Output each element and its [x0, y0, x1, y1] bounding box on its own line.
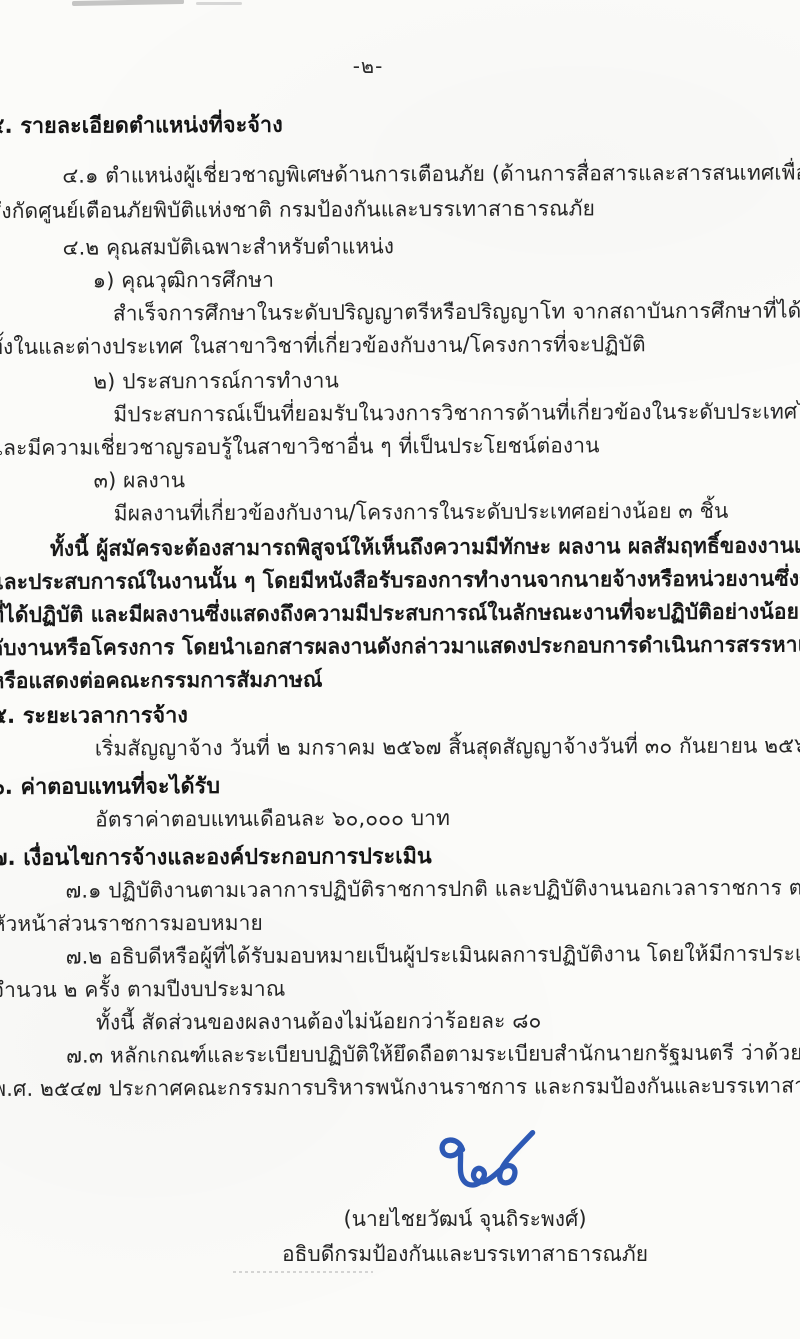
signer-name: (นายไชยวัฒน์ จุนถิระพงศ์) [250, 1203, 680, 1236]
item-7-3-continuation: พ.ศ. ๒๕๔๗ ประกาศคณะกรรมการบริหารพนักงานร… [0, 1069, 800, 1106]
item-7-1-line: ๗.๑ ปฏิบัติงานตามเวลาการปฏิบัติราชการปกต… [0, 871, 800, 908]
document-body: ๔. รายละเอียดตำแหน่งที่จะจ้าง ๔.๑ ตำแหน่… [0, 106, 800, 1106]
item-7-2-note: ทั้งนี้ สัดส่วนของผลงานต้องไม่น้อยกว่าร้… [0, 1003, 800, 1040]
page-number: -๒- [336, 50, 400, 82]
section-4-heading: ๔. รายละเอียดตำแหน่งที่จะจ้าง [0, 106, 800, 143]
signer-title: อธิบดีกรมป้องกันและบรรเทาสาธารณภัย [250, 1238, 680, 1271]
scan-smudge [72, 0, 184, 6]
note-paragraph-line-2: และประสบการณ์ในงานนั้น ๆ โดยมีหนังสือรับ… [0, 562, 800, 599]
signature-icon [430, 1122, 580, 1207]
item-7-1-continuation: หัวหน้าส่วนราชการมอบหมาย [0, 904, 800, 941]
section-6-body: อัตราค่าตอบแทนเดือนละ ๖๐,๐๐๐ บาท [0, 800, 800, 837]
scan-artifact-dots [233, 1271, 373, 1273]
subitem-2-continuation: และมีความเชี่ยวชาญรอบรู้ในสาขาวิชาอื่น ๆ… [0, 428, 800, 465]
subitem-2-heading: ๒) ประสบการณ์การทำงาน [0, 362, 800, 399]
section-5-body: เริ่มสัญญาจ้าง วันที่ ๒ มกราคม ๒๕๖๗ สิ้น… [0, 729, 800, 766]
item-4-1-line: ๔.๑ ตำแหน่งผู้เชี่ยวชาญพิเศษด้านการเตือน… [0, 156, 800, 193]
subitem-3-heading: ๓) ผลงาน [0, 461, 800, 498]
note-paragraph-line-5: หรือแสดงต่อคณะกรรมการสัมภาษณ์ [0, 661, 800, 698]
note-paragraph-line-1: ทั้งนี้ ผู้สมัครจะต้องสามารถพิสูจน์ให้เห… [0, 529, 800, 566]
section-6-heading: ๖. ค่าตอบแทนที่จะได้รับ [0, 767, 800, 804]
subitem-1-body: สำเร็จการศึกษาในระดับปริญญาตรีหรือปริญญา… [0, 294, 800, 331]
item-4-2-line: ๔.๒ คุณสมบัติเฉพาะสำหรับตำแหน่ง [0, 228, 800, 265]
subitem-1-continuation: ทั้งในและต่างประเทศ ในสาขาวิชาที่เกี่ยวข… [0, 327, 800, 364]
note-paragraph-line-4: กับงานหรือโครงการ โดยนำเอกสารผลงานดังกล่… [0, 628, 800, 665]
item-4-1-continuation: สังกัดศูนย์เตือนภัยพิบัติแห่งชาติ กรมป้อ… [0, 191, 800, 228]
item-7-2-continuation: จำนวน ๒ ครั้ง ตามปีงบประมาณ [0, 970, 800, 1007]
subitem-1-heading: ๑) คุณวุฒิการศึกษา [0, 261, 800, 298]
scanned-document-page: -๒- ๔. รายละเอียดตำแหน่งที่จะจ้าง ๔.๑ ตำ… [0, 0, 800, 1339]
section-7-heading: ๗. เงื่อนไขการจ้างและองค์ประกอบการประเมิ… [0, 838, 800, 875]
section-5-heading: ๕. ระยะเวลาการจ้าง [0, 696, 800, 733]
item-7-2-line: ๗.๒ อธิบดีหรือผู้ที่ได้รับมอบหมายเป็นผู้… [0, 937, 800, 974]
subitem-2-body: มีประสบการณ์เป็นที่ยอมรับในวงการวิชาการด… [0, 395, 800, 432]
subitem-3-body: มีผลงานที่เกี่ยวข้องกับงาน/โครงการในระดั… [0, 494, 800, 531]
scan-smudge [196, 2, 242, 5]
item-7-3-line: ๗.๓ หลักเกณฑ์และระเบียบปฏิบัติให้ยึดถือต… [0, 1036, 800, 1073]
note-paragraph-line-3: ที่ได้ปฏิบัติ และมีผลงานซึ่งแสดงถึงความม… [0, 595, 800, 632]
